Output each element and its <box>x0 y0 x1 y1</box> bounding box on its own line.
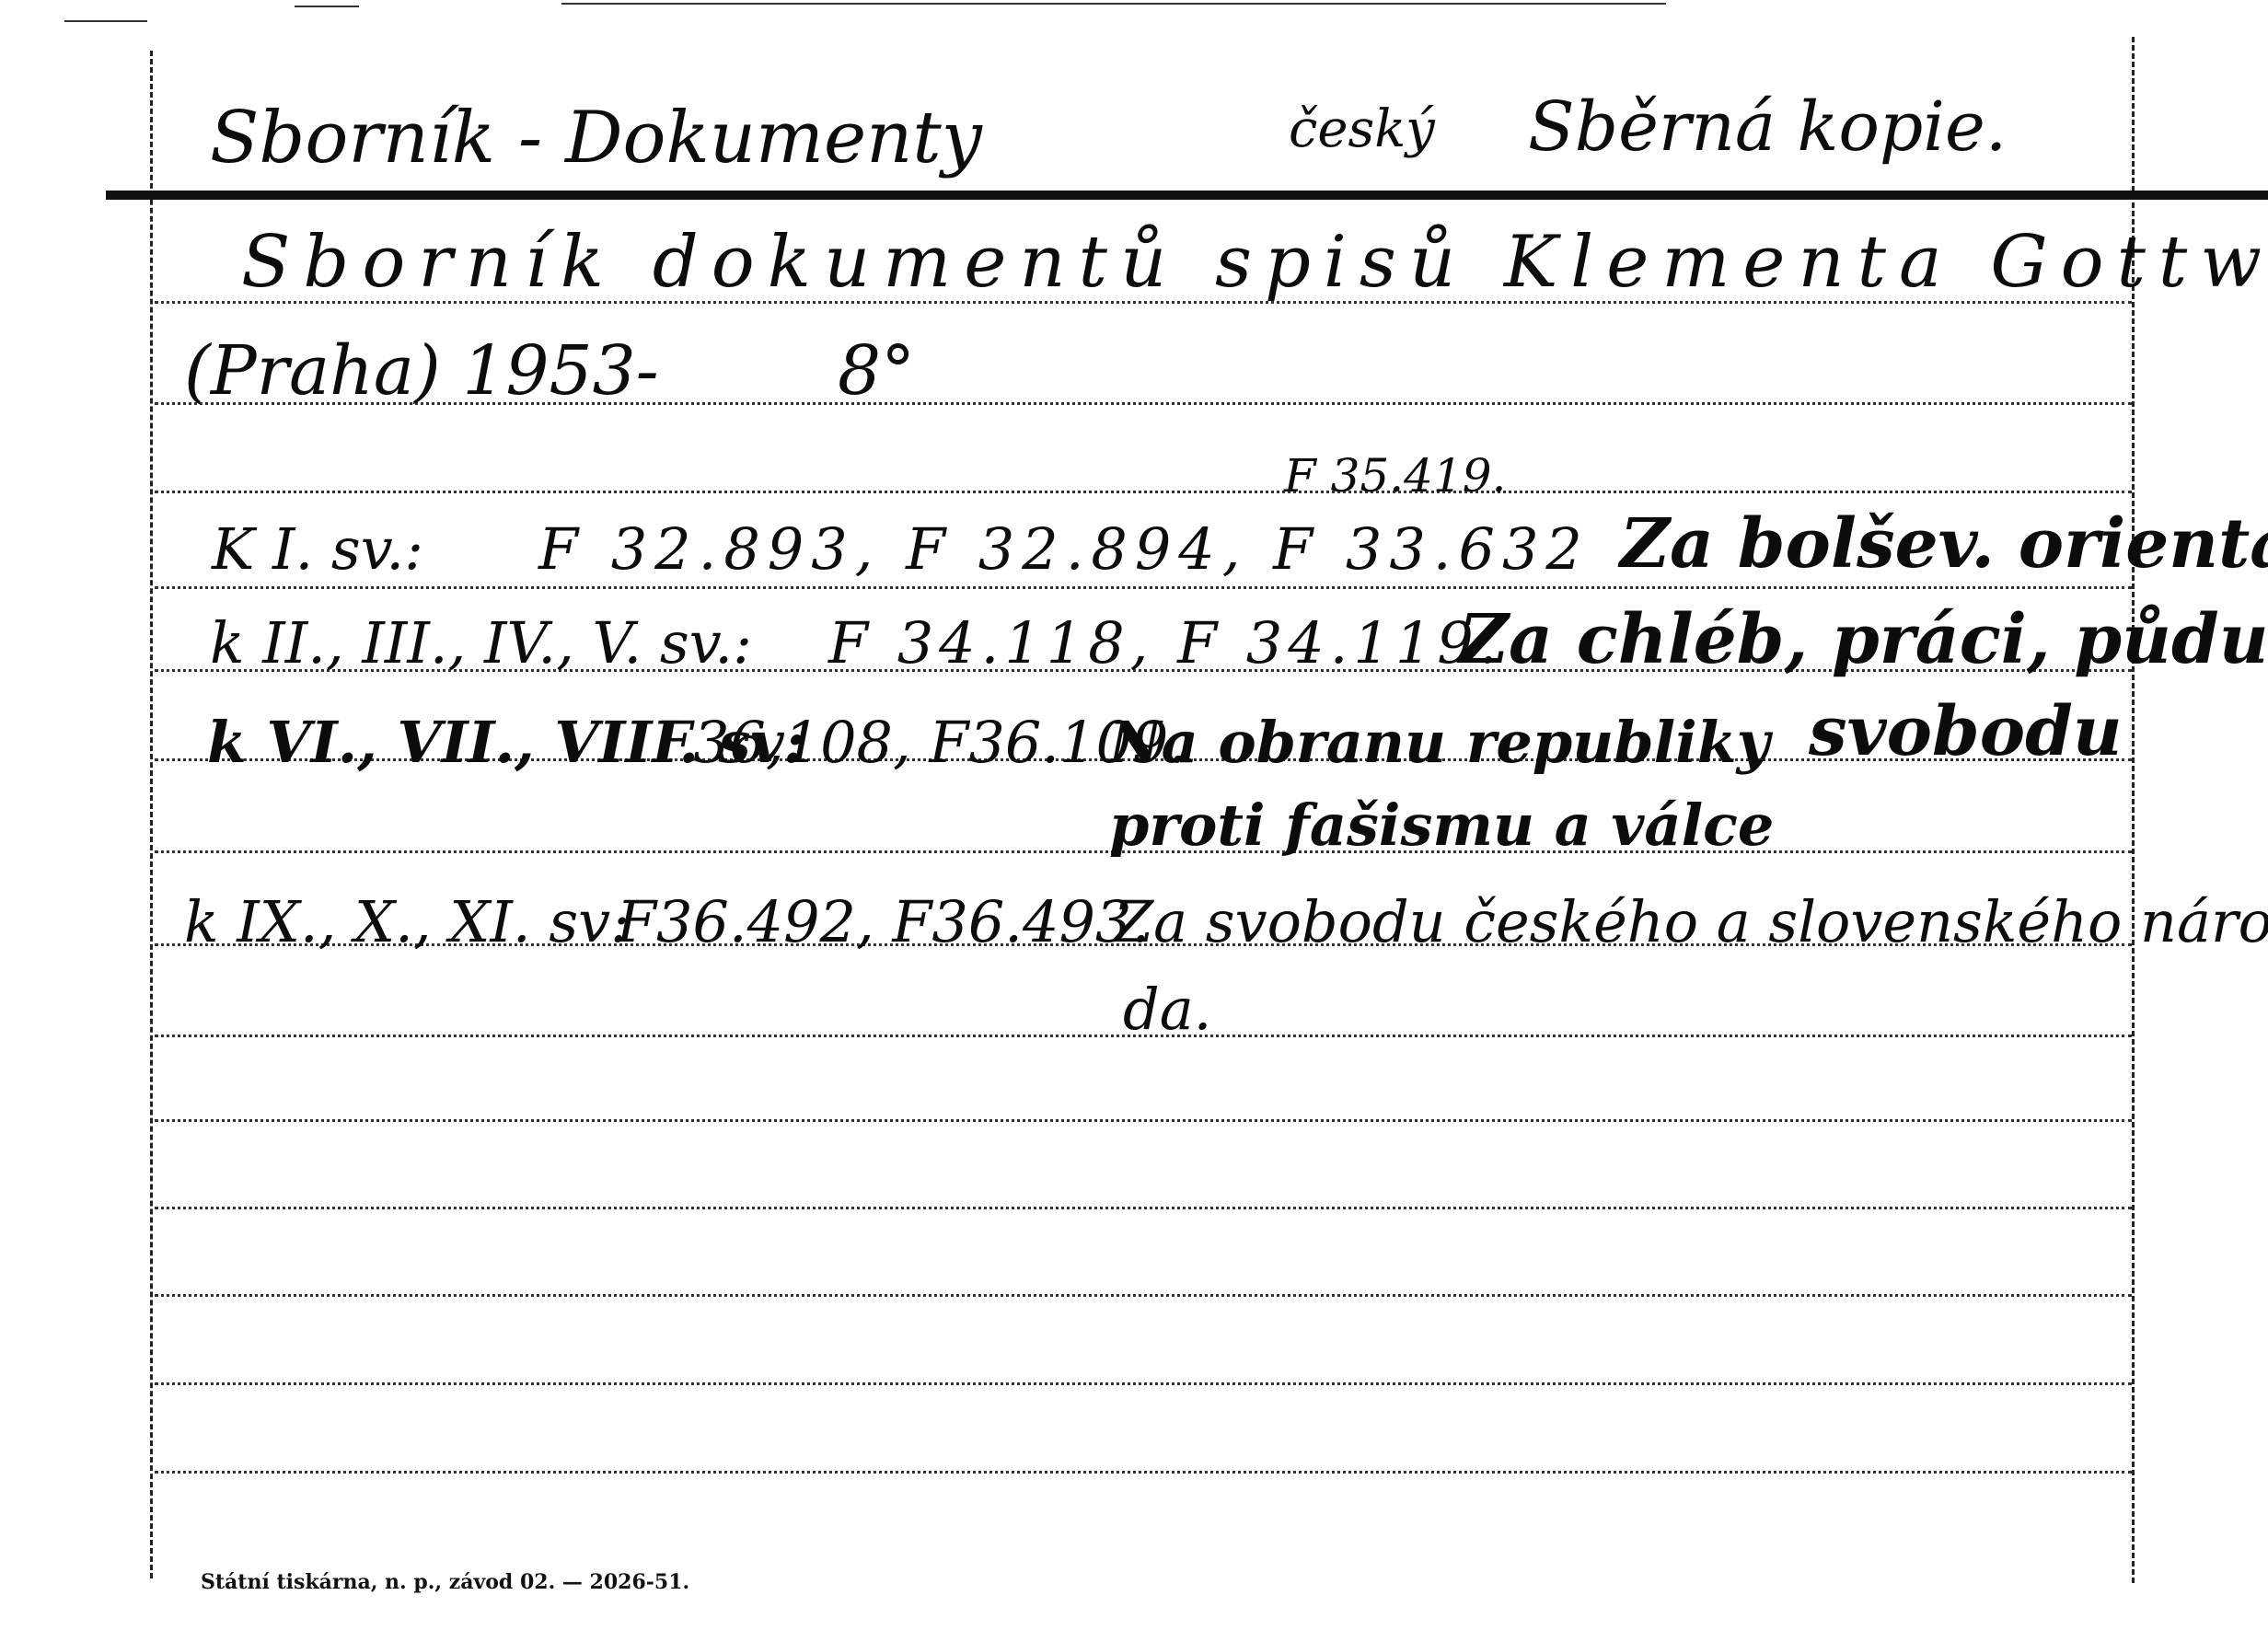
ruled-line <box>155 1294 2132 1297</box>
printer-imprint: Státní tiskárna, n. p., závod 02. — 2026… <box>201 1570 689 1594</box>
header-rule <box>106 191 2268 200</box>
ruled-line <box>155 1119 2132 1122</box>
language-note: český <box>1289 99 1435 159</box>
ruled-line <box>155 491 2132 493</box>
scan-artifact <box>295 6 359 7</box>
volume-4-label: k IX., X., XI. sv: <box>184 888 630 955</box>
volume-3-subtitle: Na obranu republiky <box>1109 709 1770 776</box>
volume-3-subtitle-cont: proti fašismu a válce <box>1109 792 1774 859</box>
card-heading: Sborník - Dokumenty <box>210 97 982 179</box>
scan-artifact <box>64 20 147 22</box>
scan-artifact <box>561 3 1666 5</box>
volume-4-subtitle: Za svobodu českého a slovenského náro- <box>1114 888 2268 955</box>
volume-1-added-call-number: F 35.419. <box>1284 449 1506 503</box>
volume-2-label: k II., III., IV., V. sv.: <box>210 609 752 676</box>
volume-4-call-numbers: F36.492, F36.493. <box>617 888 1150 955</box>
volume-1-call-numbers: F 32.893, F 32.894, F 33.632 <box>538 515 1590 583</box>
imprint-place-year: (Praha) 1953- <box>184 331 659 410</box>
volume-2-call-numbers: F 34.118, F 34.119. <box>828 609 1502 676</box>
volume-1-label: K I. sv.: <box>212 515 423 583</box>
copy-note: Sběrná kopie. <box>1528 87 2007 167</box>
ruled-line <box>155 586 2132 589</box>
volume-3-call-numbers: F36,108, F36.109. <box>654 709 1186 776</box>
volume-2-subtitle-cont: svobodu <box>1809 692 2123 771</box>
left-margin-rule <box>150 51 153 1578</box>
ruled-line <box>155 1382 2132 1385</box>
volume-2-subtitle: Za chléb, práci, půdu a <box>1459 600 2268 679</box>
ruled-line <box>155 1471 2132 1474</box>
volume-4-subtitle-cont: da. <box>1123 976 1211 1043</box>
ruled-line <box>155 1207 2132 1209</box>
title-line: Sborník dokumentů spisů Klementa Gottwal… <box>241 221 2268 304</box>
catalog-card: Sborník - Dokumenty český Sběrná kopie. … <box>0 0 2268 1630</box>
imprint-format: 8° <box>838 331 915 410</box>
volume-1-subtitle: Za bolšev. orientaci <box>1620 504 2268 584</box>
